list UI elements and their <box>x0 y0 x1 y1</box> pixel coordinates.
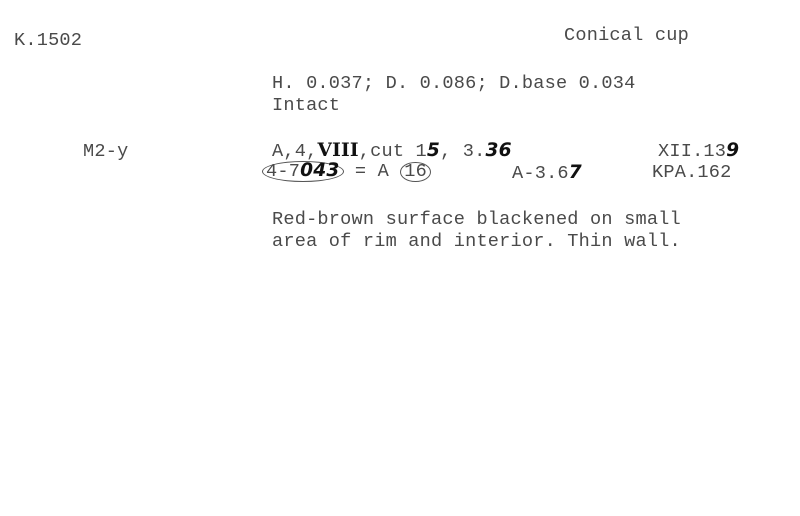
kpa-ref: KPA.162 <box>652 162 732 184</box>
cut-text: ,cut 1 <box>359 141 427 162</box>
dimensions: H. 0.037; D. 0.086; D.base 0.034 <box>272 73 635 95</box>
find-sep: , 3. <box>440 141 485 162</box>
catalog-number: K.1502 <box>14 30 82 52</box>
plate-ref: XII.139 <box>658 140 739 163</box>
ref-handwritten: 7 <box>569 162 582 183</box>
roman-numeral-handwritten: VIII <box>317 140 358 161</box>
description-line-1: Red-brown surface blackened on small <box>272 209 681 231</box>
circled-number: 16 <box>400 162 431 182</box>
context-code: M2-y <box>83 141 128 163</box>
circled-inventory-number: 4-7043 <box>262 161 344 182</box>
inventory-handwritten: 043 <box>300 160 339 181</box>
inventory-line: 4-7043 = A 16 <box>262 161 431 183</box>
find-prefix: A,4, <box>272 141 317 162</box>
condition: Intact <box>272 95 340 117</box>
equals-text: = A <box>344 161 401 182</box>
cut-handwritten: 5 <box>427 140 440 161</box>
description-line-2: area of rim and interior. Thin wall. <box>272 231 681 253</box>
plate-handwritten: 9 <box>726 140 739 161</box>
ref-a: A-3.67 <box>512 162 582 185</box>
level-handwritten: 36 <box>486 140 512 161</box>
object-type: Conical cup <box>564 25 689 47</box>
